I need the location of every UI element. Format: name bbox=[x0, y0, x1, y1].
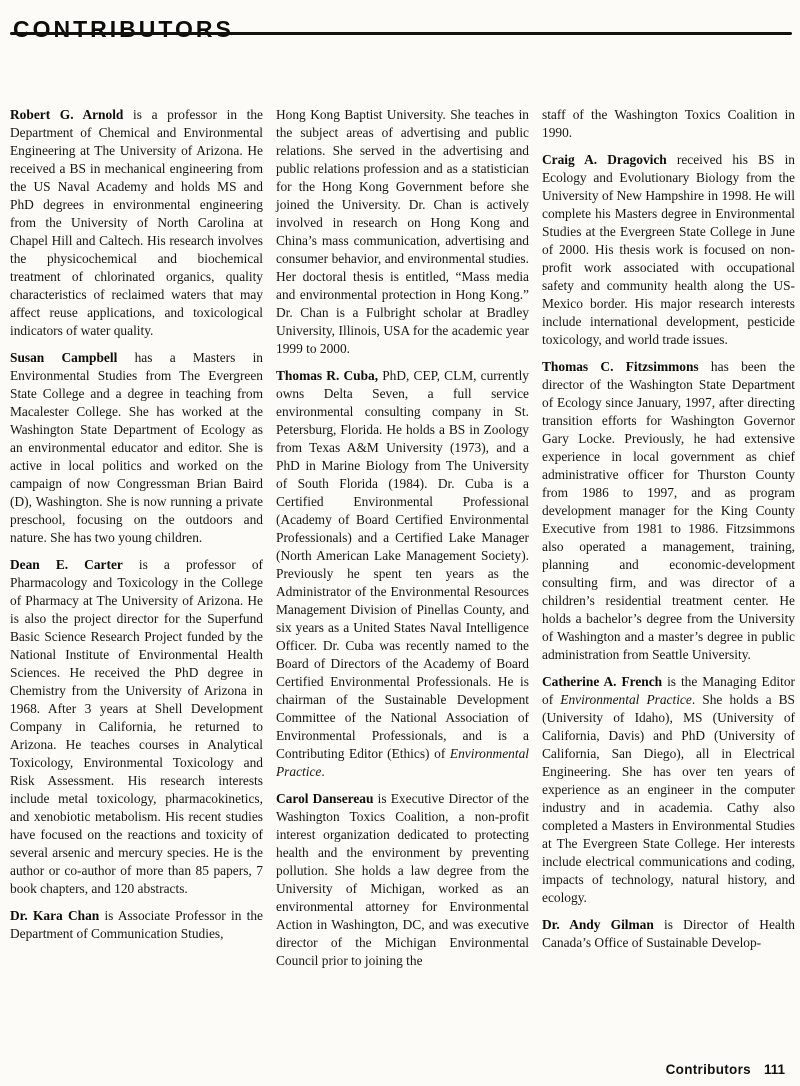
page-title: CONTRIBUTORS bbox=[13, 16, 234, 43]
bio-text: . She holds a BS (University of Idaho), … bbox=[542, 692, 795, 905]
contributor-bio: Craig A. Dragovich received his BS in Ec… bbox=[542, 151, 795, 349]
header-rule bbox=[10, 32, 792, 35]
bio-text: is a professor of Pharmacology and Toxic… bbox=[10, 557, 263, 896]
footer-section-label: Contributors bbox=[666, 1062, 751, 1077]
contributor-name: Dean E. Carter bbox=[10, 557, 123, 572]
column-1: Robert G. Arnold is a professor in the D… bbox=[10, 106, 263, 979]
contributor-name: Catherine A. French bbox=[542, 674, 662, 689]
contributor-bio: Dean E. Carter is a professor of Pharmac… bbox=[10, 556, 263, 898]
contributor-bio: Robert G. Arnold is a professor in the D… bbox=[10, 106, 263, 340]
contributor-name: Carol Dansereau bbox=[276, 791, 373, 806]
bio-text: is Executive Director of the Washington … bbox=[276, 791, 529, 968]
bio-text: has a Masters in Environmental Studies f… bbox=[10, 350, 263, 545]
contributor-bio: Dr. Andy Gilman is Director of Health Ca… bbox=[542, 916, 795, 952]
bio-text: Hong Kong Baptist University. She teache… bbox=[276, 107, 529, 356]
contributor-name: Robert G. Arnold bbox=[10, 107, 123, 122]
column-2: Hong Kong Baptist University. She teache… bbox=[276, 106, 529, 979]
contributor-name: Thomas C. Fitzsimmons bbox=[542, 359, 699, 374]
contributor-bio: staff of the Washington Toxics Coalition… bbox=[542, 106, 795, 142]
bio-text: is a professor in the Department of Chem… bbox=[10, 107, 263, 338]
bio-text: received his BS in Ecology and Evolution… bbox=[542, 152, 795, 347]
contributor-bio: Thomas C. Fitzsimmons has been the direc… bbox=[542, 358, 795, 664]
contributor-bio: Hong Kong Baptist University. She teache… bbox=[276, 106, 529, 358]
contributor-bio: Dr. Kara Chan is Associate Professor in … bbox=[10, 907, 263, 943]
contributor-bio: Carol Dansereau is Executive Director of… bbox=[276, 790, 529, 970]
contributor-name: Dr. Kara Chan bbox=[10, 908, 99, 923]
contributor-name: Susan Campbell bbox=[10, 350, 117, 365]
footer: Contributors 111 bbox=[666, 1062, 785, 1077]
bio-text: PhD, CEP, CLM, currently owns Delta Seve… bbox=[276, 368, 529, 761]
contributor-name: Thomas R. Cuba, bbox=[276, 368, 378, 383]
bio-text: . bbox=[321, 764, 324, 779]
contributor-bio: Susan Campbell has a Masters in Environm… bbox=[10, 349, 263, 547]
bio-text: has been the director of the Washington … bbox=[542, 359, 795, 662]
column-3: staff of the Washington Toxics Coalition… bbox=[542, 106, 795, 979]
footer-page-number: 111 bbox=[764, 1062, 785, 1077]
bio-text: staff of the Washington Toxics Coalition… bbox=[542, 107, 795, 140]
columns: Robert G. Arnold is a professor in the D… bbox=[10, 106, 796, 979]
journal-title: Environmental Practice bbox=[560, 692, 692, 707]
contributor-bio: Catherine A. French is the Managing Edit… bbox=[542, 673, 795, 907]
contributor-name: Craig A. Dragovich bbox=[542, 152, 667, 167]
contributor-bio: Thomas R. Cuba, PhD, CEP, CLM, currently… bbox=[276, 367, 529, 781]
contributor-name: Dr. Andy Gilman bbox=[542, 917, 654, 932]
